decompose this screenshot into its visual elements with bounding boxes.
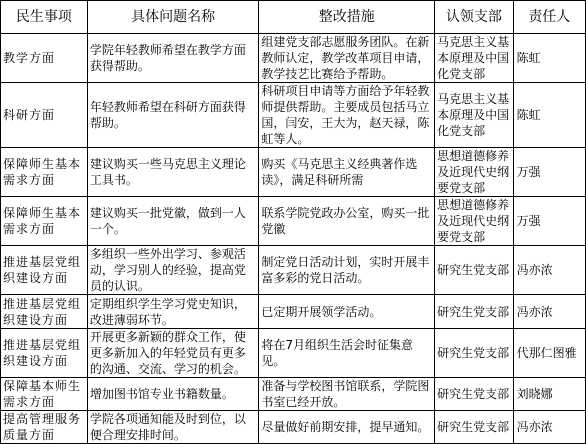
cell-branch: 马克思主义基本原理及中国化党支部 — [435, 34, 514, 83]
cell-area: 保障师生基本需求方面 — [1, 148, 88, 197]
table-row: 教学方面 学院年轻教师希望在教学方面获得帮助。 组建党支部志愿服务团队。在新教师… — [1, 34, 586, 83]
cell-measure: 准备与学校图书馆联系，学院图书室已经开放。 — [259, 378, 435, 411]
cell-branch: 思想道德修养及近现代史纲要党支部 — [435, 148, 514, 197]
rectification-table: 民生事项 具体问题名称 整改措施 认领支部 责任人 教学方面 学院年轻教师希望在… — [0, 0, 586, 429]
cell-person: 万强 — [513, 148, 585, 197]
cell-branch: 研究生党支部 — [435, 295, 514, 329]
cell-area: 提高管理服务质量方面 — [1, 411, 88, 430]
cell-issue: 多组织一些外出学习、参观活动，学习别人的经验，提高党员的认识。 — [87, 246, 259, 295]
cell-issue: 增加图书馆专业书籍数量。 — [87, 378, 259, 411]
cell-measure: 已定期开展领学活动。 — [259, 295, 435, 329]
cell-branch: 研究生党支部 — [435, 246, 514, 295]
table-row: 推进基层党组织建设方面 定期组织学生学习党史知识，改进薄弱环节。 已定期开展领学… — [1, 295, 586, 329]
cell-branch: 思想道德修养及近现代史纲要党支部 — [435, 197, 514, 246]
cell-issue: 学院年轻教师希望在教学方面获得帮助。 — [87, 34, 259, 83]
cell-branch: 马克思主义基本原理及中国化党支部 — [435, 83, 514, 148]
cell-area: 科研方面 — [1, 83, 88, 148]
header-area: 民生事项 — [1, 1, 88, 34]
header-measure: 整改措施 — [259, 1, 435, 34]
table-row: 保障师生基本需求方面 建议购买一批党徽，做到一人一个。 联系学院党政办公室，购买… — [1, 197, 586, 246]
header-person: 责任人 — [513, 1, 585, 34]
cell-measure: 将在7月组织生活会时征集意见。 — [259, 329, 435, 378]
table-row: 保障师生基本需求方面 建议购买一些马克思主义理论工具书。 购买《马克思主义经典著… — [1, 148, 586, 197]
table-row: 推进基层党组织建设方面 开展更多新颖的群众工作，使更多新加入的年轻党员有更多的沟… — [1, 329, 586, 378]
cell-issue: 学院各项通知能及时到位，以便合理安排时间。 — [87, 411, 259, 430]
cell-person: 刘晓娜 — [513, 378, 585, 411]
cell-branch: 研究生党支部 — [435, 329, 514, 378]
cell-issue: 定期组织学生学习党史知识，改进薄弱环节。 — [87, 295, 259, 329]
cell-measure: 购买《马克思主义经典著作选读》，满足科研所需 — [259, 148, 435, 197]
cell-person: 冯亦浓 — [513, 295, 585, 329]
cell-person: 代那仁图雅 — [513, 329, 585, 378]
cell-measure: 科研项目申请等方面给予年轻教师提供帮助。主要成员包括马立国，闫安，王大为，赵天禄… — [259, 83, 435, 148]
cell-branch: 研究生党支部 — [435, 411, 514, 430]
cell-issue: 开展更多新颖的群众工作，使更多新加入的年轻党员有更多的沟通、交流、学习的机会。 — [87, 329, 259, 378]
cell-person: 陈虹 — [513, 34, 585, 83]
cell-issue: 建议购买一些马克思主义理论工具书。 — [87, 148, 259, 197]
table-row: 科研方面 年轻教师希望在科研方面获得帮助。 科研项目申请等方面给予年轻教师提供帮… — [1, 83, 586, 148]
table-row: 推进基层党组织建设方面 多组织一些外出学习、参观活动，学习别人的经验，提高党员的… — [1, 246, 586, 295]
cell-area: 保障基本师生需求方面 — [1, 378, 88, 411]
cell-measure: 组建党支部志愿服务团队。在新教师认定，教学改革项目申请，教学技艺比赛给予帮助。 — [259, 34, 435, 83]
cell-person: 冯亦浓 — [513, 411, 585, 430]
cell-person: 陈虹 — [513, 83, 585, 148]
cell-person: 万强 — [513, 197, 585, 246]
header-issue: 具体问题名称 — [87, 1, 259, 34]
cell-area: 教学方面 — [1, 34, 88, 83]
cell-area: 推进基层党组织建设方面 — [1, 295, 88, 329]
cell-measure: 联系学院党政办公室，购买一批党徽 — [259, 197, 435, 246]
cell-issue: 年轻教师希望在科研方面获得帮助。 — [87, 83, 259, 148]
cell-person: 冯亦浓 — [513, 246, 585, 295]
cell-area: 推进基层党组织建设方面 — [1, 246, 88, 295]
cell-issue: 建议购买一批党徽，做到一人一个。 — [87, 197, 259, 246]
cell-measure: 制定党日活动计划，实时开展丰富多彩的党日活动。 — [259, 246, 435, 295]
header-branch: 认领支部 — [435, 1, 514, 34]
cell-measure: 尽量做好前期安排，提早通知。 — [259, 411, 435, 430]
header-row: 民生事项 具体问题名称 整改措施 认领支部 责任人 — [1, 1, 586, 34]
cell-area: 推进基层党组织建设方面 — [1, 329, 88, 378]
table-row: 保障基本师生需求方面 增加图书馆专业书籍数量。 准备与学校图书馆联系，学院图书室… — [1, 378, 586, 411]
cell-branch: 研究生党支部 — [435, 378, 514, 411]
cell-area: 保障师生基本需求方面 — [1, 197, 88, 246]
table-row: 提高管理服务质量方面 学院各项通知能及时到位，以便合理安排时间。 尽量做好前期安… — [1, 411, 586, 430]
